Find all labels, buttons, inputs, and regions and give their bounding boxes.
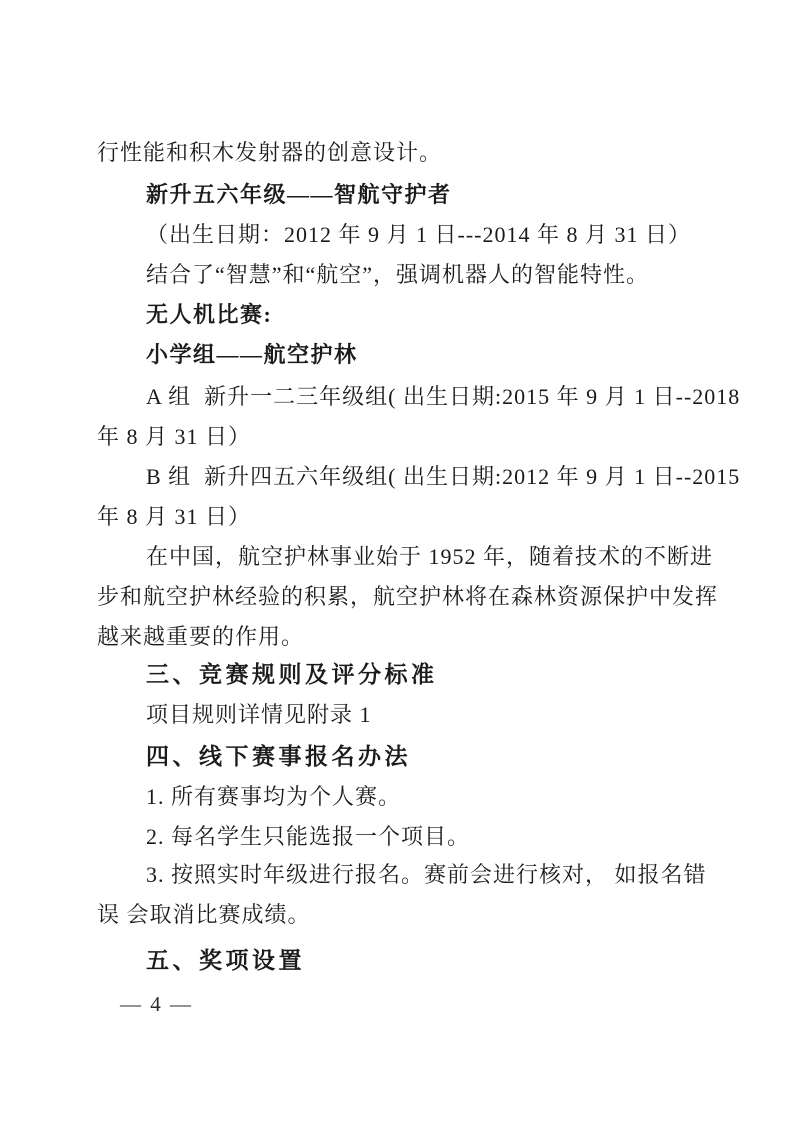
subheading-primary: 小学组——航空护林 <box>146 342 358 368</box>
body-line: 年 8 月 31 日） <box>97 504 251 530</box>
body-line: 年 8 月 31 日） <box>97 424 251 450</box>
body-line: 在中国，航空护林事业始于 1952 年，随着技术的不断进 <box>146 544 713 570</box>
body-line: 误 会取消比赛成绩。 <box>97 902 311 928</box>
body-line: B 组 新升四五六年级组( 出生日期:2012 年 9 月 1 日--2015 <box>146 464 740 490</box>
page-number: — 4 — <box>120 992 193 1016</box>
body-line: 行性能和积木发射器的创意设计。 <box>97 140 442 166</box>
body-line: A 组 新升一二三年级组( 出生日期:2015 年 9 月 1 日--2018 <box>146 384 740 410</box>
subheading-drone: 无人机比赛: <box>146 302 272 328</box>
body-line: （出生日期：2012 年 9 月 1 日---2014 年 8 月 31 日） <box>146 222 691 248</box>
body-line: 结合了“智慧”和“航空”，强调机器人的智能特性。 <box>146 262 649 288</box>
subheading-grade-5-6: 新升五六年级——智航守护者 <box>146 182 452 208</box>
list-item-2: 2. 每名学生只能选报一个项目。 <box>146 824 470 850</box>
body-line: 步和航空护林经验的积累，航空护林将在森林资源保护中发挥 <box>97 584 718 610</box>
body-line: 项目规则详情见附录 1 <box>146 702 372 728</box>
section-heading-5: 五、奖项设置 <box>146 946 305 974</box>
document-page: 行性能和积木发射器的创意设计。 新升五六年级——智航守护者 （出生日期：2012… <box>0 0 794 1122</box>
list-item-1: 1. 所有赛事均为个人赛。 <box>146 784 401 810</box>
list-item-3: 3. 按照实时年级进行报名。赛前会进行核对， 如报名错 <box>146 862 707 888</box>
section-heading-4: 四、线下赛事报名办法 <box>146 742 411 770</box>
body-line: 越来越重要的作用。 <box>97 624 304 650</box>
section-heading-3: 三、竞赛规则及评分标准 <box>146 660 438 688</box>
